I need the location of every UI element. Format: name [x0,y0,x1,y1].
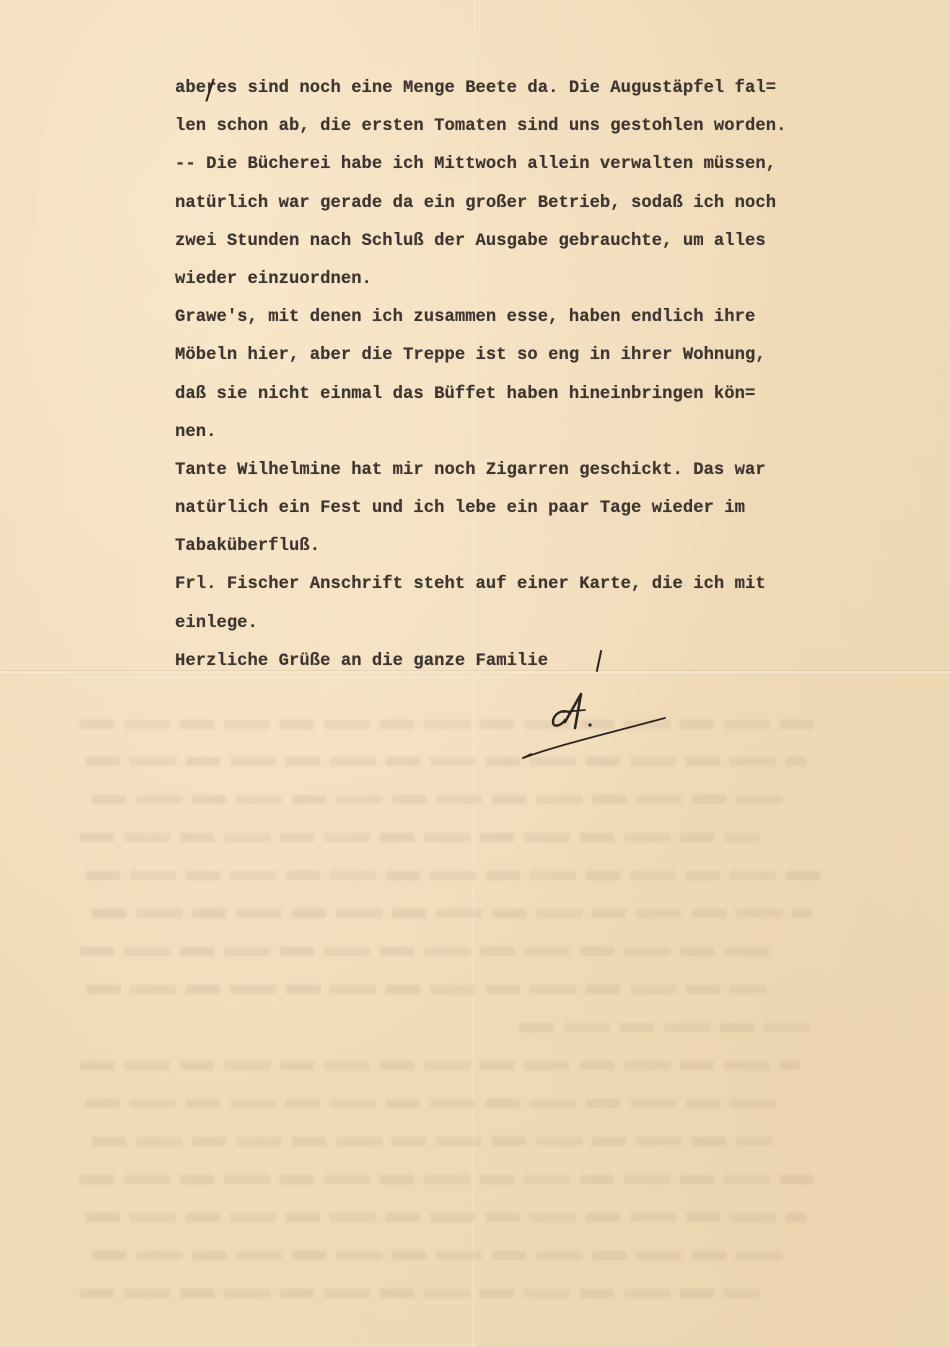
letter-line: nen. [175,417,875,455]
letter-page: aberes sind noch eine Menge Beete da. Di… [0,0,950,1347]
show-through-band [80,1289,760,1298]
letter-line: Tante Wilhelmine hat mir noch Zigarren g… [175,455,875,493]
show-through-band [86,1099,786,1108]
letter-line: Grawe's, mit denen ich zusammen esse, ha… [175,302,875,340]
letter-line: natürlich ein Fest und ich lebe ein paar… [175,493,875,531]
letter-line: wieder einzuordnen. [175,264,875,302]
letter-line: Tabaküberfluß. [175,531,875,569]
show-through-band [86,871,826,880]
show-through-band [80,947,780,956]
letter-line: Herzliche Grüße an die ganze Familie [175,646,875,684]
show-through-band [92,1251,792,1260]
letter-line: len schon ab, die ersten Tomaten sind un… [175,111,875,149]
show-through-band [86,985,766,994]
letter-line: aberes sind noch eine Menge Beete da. Di… [175,73,875,111]
show-through-band [86,757,806,766]
show-through-band [92,909,812,918]
letter-body: aberes sind noch eine Menge Beete da. Di… [175,73,875,684]
letter-line: zwei Stunden nach Schluß der Ausgabe geb… [175,226,875,264]
show-through-band [80,833,760,842]
letter-line: Frl. Fischer Anschrift steht auf einer K… [175,569,875,607]
show-through-band [80,720,820,729]
letter-line: -- Die Bücherei habe ich Mittwoch allein… [175,149,875,187]
show-through-band [80,1061,800,1070]
letter-line: Möbeln hier, aber die Treppe ist so eng … [175,340,875,378]
handwritten-signature [515,688,685,768]
show-through-band [92,1137,772,1146]
letter-line: natürlich war gerade da ein großer Betri… [175,188,875,226]
show-through-band [92,795,792,804]
show-through-band [80,1175,820,1184]
letter-line: daß sie nicht einmal das Büffet haben hi… [175,379,875,417]
letter-line: einlege. [175,608,875,646]
show-through-band [520,1023,820,1032]
show-through-band [86,1213,806,1222]
